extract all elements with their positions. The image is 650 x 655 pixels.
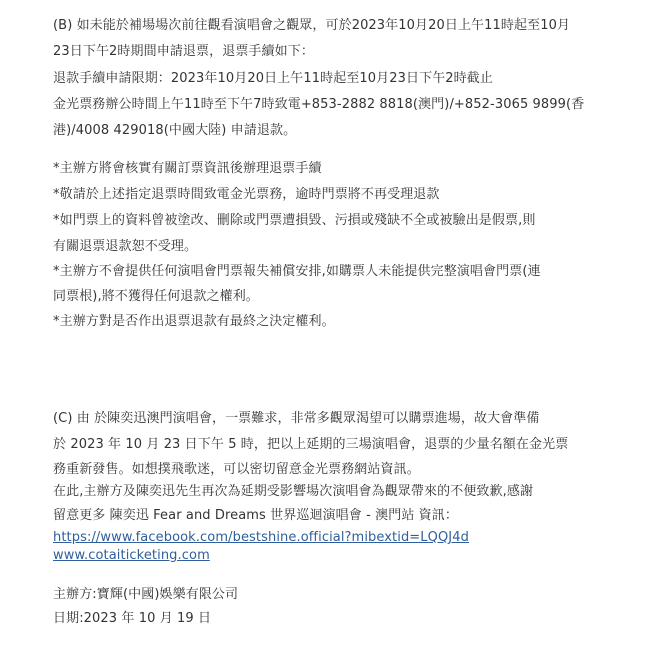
- section-c-line-1: (C) 由 於陳奕迅澳門演唱會，一票難求，非常多觀眾渴望可以購票進場，故大會準備: [53, 410, 540, 428]
- contact-line-2: 港)/4008 429018(中國大陸) 申請退款。: [53, 122, 296, 140]
- refund-deadline: 退款手續申請限期：2023年10月20日上午11時起至10月23日下午2時截止: [53, 70, 493, 88]
- note-4-cont: 同票根),將不獲得任何退款之權利。: [53, 288, 259, 306]
- section-c-line-5: 留意更多 陳奕迅 Fear and Dreams 世界巡迴演唱會 - 澳門站 資…: [53, 507, 458, 525]
- note-1: *主辦方將會核實有關訂票資訊後辦理退票手續: [53, 160, 322, 178]
- section-c-line-4: 在此,主辦方及陳奕迅先生再次為延期受影響場次演唱會為觀眾帶來的不便致歉,感謝: [53, 483, 533, 501]
- note-3: *如門票上的資料曾被塗改、刪除或門票遭損毀、污損或殘缺不全或被驗出是假票,則: [53, 212, 535, 230]
- section-c-line-3: 務重新發售。如想撲飛歌迷，可以密切留意金光票務網站資訊。: [53, 461, 420, 479]
- note-3-cont: 有關退票退款恕不受理。: [53, 238, 197, 256]
- note-5: *主辦方對是否作出退票退款有最終之決定權利。: [53, 313, 335, 331]
- facebook-link[interactable]: https://www.facebook.com/bestshine.offic…: [53, 529, 469, 547]
- organizer: 主辦方:寶輝(中國)娛樂有限公司: [53, 586, 238, 604]
- note-4: *主辦方不會提供任何演唱會門票報失補償安排,如購票人未能提供完整演唱會門票(連: [53, 263, 541, 281]
- section-c-line-2: 於 2023 年 10 月 23 日下午 5 時，把以上延期的三場演唱會，退票的…: [53, 436, 568, 454]
- note-2: *敬請於上述指定退票時間致電金光票務，逾時門票將不再受理退款: [53, 186, 440, 204]
- section-b-line-1: (B) 如未能於補場場次前往觀看演唱會之觀眾，可於2023年10月20日上午11…: [53, 17, 570, 35]
- section-b-line-2: 23日下午2時期間申請退票，退票手續如下：: [53, 43, 314, 61]
- notice-document: (B) 如未能於補場場次前往觀看演唱會之觀眾，可於2023年10月20日上午11…: [0, 0, 650, 655]
- cotaiticketing-link[interactable]: www.cotaiticketing.com: [53, 547, 210, 565]
- date: 日期:2023 年 10 月 19 日: [53, 610, 211, 628]
- contact-line-1: 金光票務辦公時間上午11時至下午7時致電+853-2882 8818(澳門)/+…: [53, 96, 584, 114]
